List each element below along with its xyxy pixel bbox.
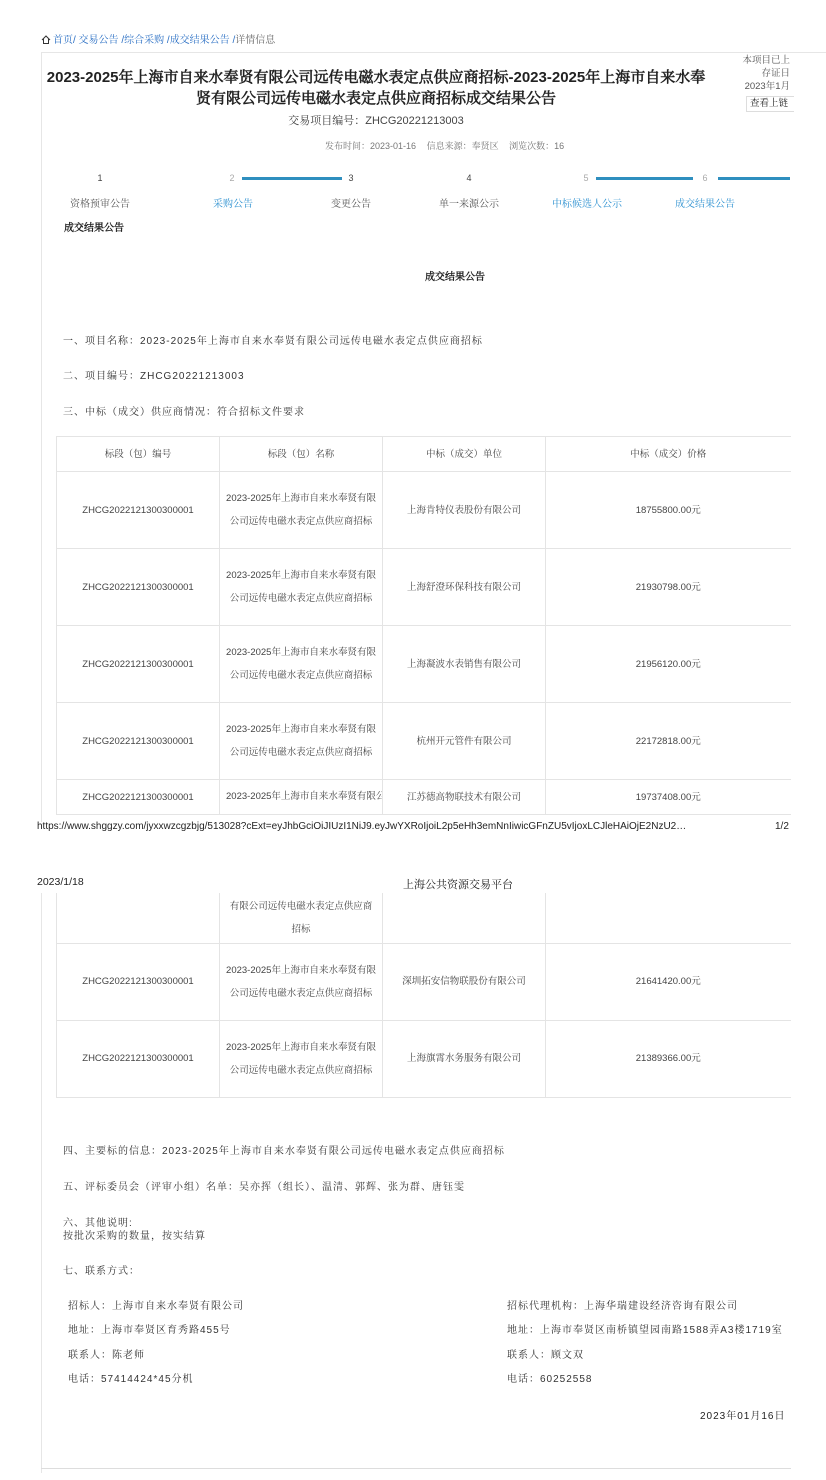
view-blockchain-button[interactable]: 查看上链 xyxy=(746,96,794,112)
project-number: 交易项目编号：ZHCG20221213003 xyxy=(0,112,752,128)
step-6-number: 6 xyxy=(695,173,715,183)
lot-number: ZHCG2022121300300001 xyxy=(57,626,220,703)
winning-price: 21930798.00元 xyxy=(546,549,791,626)
agency: 招标代理机构：上海华瑞建设经济咨询有限公司 xyxy=(507,1297,738,1312)
table-row: ZHCG2022121300300001 2023-2025年上海市自来水奉贤有… xyxy=(57,549,791,626)
divider xyxy=(41,1468,791,1469)
winning-price: 21389366.00元 xyxy=(546,1020,791,1097)
divider xyxy=(41,52,826,53)
other-notes-body: 按批次采购的数量，按实结算 xyxy=(63,1227,206,1242)
step-3-number: 3 xyxy=(341,173,361,183)
lot-number: ZHCG2022121300300001 xyxy=(57,1020,220,1097)
lot-name: 2023-2025年上海市自来水奉贤有限公司远传电磁水表定点供应商招标 xyxy=(220,703,383,780)
step-change-notice[interactable]: 变更公告 xyxy=(296,195,406,210)
blockchain-line-2: 存证日 xyxy=(735,67,790,80)
project-name: 一、项目名称：2023-2025年上海市自来水奉贤有限公司远传电磁水表定点供应商… xyxy=(63,332,483,347)
blockchain-line-1: 本项目已上 xyxy=(735,54,790,67)
table-row: ZHCG2022121300300001 2023-2025年上海市自来水奉贤有… xyxy=(57,626,791,703)
contact-heading: 七、联系方式： xyxy=(63,1262,140,1277)
breadcrumb-home[interactable]: 首页/ xyxy=(53,35,76,46)
breadcrumb: 首页/ 交易公告 /综合采购 /成交结果公告 /详情信息 xyxy=(41,31,275,46)
breadcrumb-current: 详情信息 xyxy=(235,35,275,46)
step-result-notice[interactable]: 成交结果公告 xyxy=(650,195,760,210)
breadcrumb-trade-notice[interactable]: 交易公告 / xyxy=(76,35,124,46)
winning-unit: 上海凝波水表销售有限公司 xyxy=(383,626,546,703)
table-row: ZHCG2022121300300001 2023-2025年上海市自来水奉贤有… xyxy=(57,943,791,1020)
table-row: ZHCG2022121300300001 2023-2025年上海市自来水奉贤有… xyxy=(57,703,791,780)
section-tab: 成交结果公告 xyxy=(64,219,124,234)
step-1-number: 1 xyxy=(90,173,110,183)
print-url: https://www.shggzy.com/jyxxwzcgzbjg/5130… xyxy=(37,821,782,832)
agency-phone: 电话：60252558 xyxy=(507,1370,593,1385)
winning-price: 22172818.00元 xyxy=(546,703,791,780)
page-title: 2023-2025年上海市自来水奉贤有限公司远传电磁水表定点供应商招标-2023… xyxy=(42,67,710,109)
step-4-number: 4 xyxy=(459,173,479,183)
lot-number: ZHCG2022121300300001 xyxy=(57,780,220,815)
publish-meta: 发布时间：2023-01-16 信息来源：奉贤区 浏览次数：16 xyxy=(325,139,572,152)
blockchain-notice: 本项目已上 存证日 2023年1月 xyxy=(735,54,790,93)
table-header-row: 标段（包）编号 标段（包）名称 中标（成交）单位 中标（成交）价格 xyxy=(57,437,791,472)
document-title: 成交结果公告 xyxy=(0,268,826,283)
breadcrumb-result-notice[interactable]: 成交结果公告 / xyxy=(170,35,236,46)
tenderer-phone: 电话：57414424*45分机 xyxy=(68,1370,194,1385)
table-row: ZHCG2022121300300001 2023-2025年上海市自来水奉贤有… xyxy=(57,1020,791,1097)
lot-number xyxy=(57,893,220,943)
agency-address: 地址：上海市奉贤区南桥镇望园南路1588弄A3楼1719室 xyxy=(507,1321,790,1336)
step-2-progress-line xyxy=(242,177,342,180)
print-date: 2023/1/18 xyxy=(37,876,84,888)
home-icon[interactable] xyxy=(41,35,51,44)
lot-number: ZHCG2022121300300001 xyxy=(57,472,220,549)
divider xyxy=(41,52,42,822)
result-table-continued: 有限公司远传电磁水表定点供应商招标 ZHCG2022121300300001 2… xyxy=(56,893,791,1098)
site-name: 上海公共资源交易平台 xyxy=(403,876,513,892)
winning-price: 21956120.00元 xyxy=(546,626,791,703)
column-header: 标段（包）名称 xyxy=(220,437,383,472)
lot-number: ZHCG2022121300300001 xyxy=(57,703,220,780)
lot-name: 有限公司远传电磁水表定点供应商招标 xyxy=(220,893,383,943)
step-2-number: 2 xyxy=(222,173,242,183)
tenderer-address: 地址：上海市奉贤区育秀路455号 xyxy=(68,1321,231,1336)
agency-contact: 联系人：顾文双 xyxy=(507,1346,584,1361)
step-candidate-notice[interactable]: 中标候选人公示 xyxy=(532,195,642,210)
lot-name: 2023-2025年上海市自来水奉贤有限公司远传电磁水表定点供应商招标 xyxy=(220,780,383,815)
result-table: 标段（包）编号 标段（包）名称 中标（成交）单位 中标（成交）价格 ZHCG20… xyxy=(56,436,791,815)
lot-name: 2023-2025年上海市自来水奉贤有限公司远传电磁水表定点供应商招标 xyxy=(220,1020,383,1097)
winning-price: 21641420.00元 xyxy=(546,943,791,1020)
step-purchase-notice[interactable]: 采购公告 xyxy=(178,195,288,210)
step-5-number: 5 xyxy=(576,173,596,183)
winning-unit: 深圳拓安信物联股份有限公司 xyxy=(383,943,546,1020)
table-row: ZHCG2022121300300001 2023-2025年上海市自来水奉贤有… xyxy=(57,780,791,815)
page-number: 1/2 xyxy=(775,821,789,832)
evaluation-committee: 五、评标委员会（评审小组）名单：吴亦挥（组长）、温清、郭辉、张为群、唐钰雯 xyxy=(63,1178,465,1193)
lot-name: 2023-2025年上海市自来水奉贤有限公司远传电磁水表定点供应商招标 xyxy=(220,472,383,549)
main-subject-info: 四、主要标的信息：2023-2025年上海市自来水奉贤有限公司远传电磁水表定点供… xyxy=(63,1142,505,1157)
supplier-status: 三、中标（成交）供应商情况：符合招标文件要求 xyxy=(63,403,305,418)
lot-name: 2023-2025年上海市自来水奉贤有限公司远传电磁水表定点供应商招标 xyxy=(220,549,383,626)
divider xyxy=(41,893,42,1473)
lot-number: ZHCG2022121300300001 xyxy=(57,943,220,1020)
winning-price: 19737408.00元 xyxy=(546,780,791,815)
winning-unit: 上海旗霄水务服务有限公司 xyxy=(383,1020,546,1097)
winning-unit: 上海肯特仪表股份有限公司 xyxy=(383,472,546,549)
winning-unit: 江苏德高物联技术有限公司 xyxy=(383,780,546,815)
step-6-progress-line xyxy=(718,177,790,180)
lot-name: 2023-2025年上海市自来水奉贤有限公司远传电磁水表定点供应商招标 xyxy=(220,943,383,1020)
blockchain-line-3: 2023年1月 xyxy=(735,80,790,93)
column-header: 标段（包）编号 xyxy=(57,437,220,472)
tenderer-contact: 联系人：陈老师 xyxy=(68,1346,145,1361)
tenderer: 招标人：上海市自来水奉贤有限公司 xyxy=(68,1297,244,1312)
publish-time: 发布时间：2023-01-16 xyxy=(325,141,416,151)
project-code: 二、项目编号：ZHCG20221213003 xyxy=(63,367,245,382)
step-prequalification[interactable]: 资格预审公告 xyxy=(45,195,155,210)
winning-price xyxy=(546,893,791,943)
column-header: 中标（成交）单位 xyxy=(383,437,546,472)
winning-unit xyxy=(383,893,546,943)
lot-number: ZHCG2022121300300001 xyxy=(57,549,220,626)
step-single-source[interactable]: 单一来源公示 xyxy=(414,195,524,210)
winning-unit: 上海舒澄环保科技有限公司 xyxy=(383,549,546,626)
lot-name: 2023-2025年上海市自来水奉贤有限公司远传电磁水表定点供应商招标 xyxy=(220,626,383,703)
step-5-progress-line xyxy=(596,177,693,180)
view-count: 浏览次数：16 xyxy=(509,141,564,151)
sign-date: 2023年01月16日 xyxy=(700,1407,786,1422)
info-source: 信息来源：奉贤区 xyxy=(427,141,499,151)
winning-unit: 杭州开元管件有限公司 xyxy=(383,703,546,780)
breadcrumb-comprehensive-purchase[interactable]: 综合采购 / xyxy=(124,35,170,46)
column-header: 中标（成交）价格 xyxy=(546,437,791,472)
table-row: ZHCG2022121300300001 2023-2025年上海市自来水奉贤有… xyxy=(57,472,791,549)
table-row: 有限公司远传电磁水表定点供应商招标 xyxy=(57,893,791,943)
winning-price: 18755800.00元 xyxy=(546,472,791,549)
